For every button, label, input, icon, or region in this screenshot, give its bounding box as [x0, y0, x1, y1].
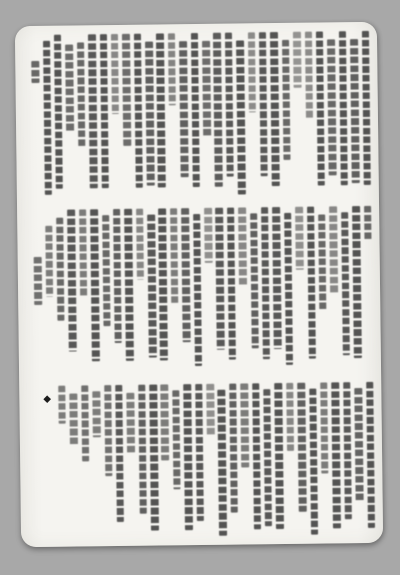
text-column	[111, 34, 120, 194]
text-band-3	[31, 382, 375, 538]
text-column	[104, 385, 113, 537]
text-column-ink	[104, 385, 113, 476]
text-column	[191, 33, 200, 193]
text-column	[138, 385, 147, 537]
text-column	[79, 209, 88, 367]
text-column	[316, 31, 325, 191]
text-column-ink	[149, 385, 158, 531]
text-column-ink	[218, 390, 227, 536]
text-column	[332, 382, 341, 534]
text-column-ink	[127, 392, 135, 453]
text-column-ink	[238, 207, 246, 286]
text-column-ink	[161, 384, 169, 460]
text-column	[43, 35, 52, 195]
text-column-ink	[195, 384, 204, 521]
text-column	[341, 206, 350, 364]
text-column-ink	[99, 34, 108, 188]
text-column	[213, 33, 222, 193]
text-column-ink	[309, 389, 318, 535]
text-column	[193, 208, 202, 366]
text-column	[229, 384, 238, 536]
text-column	[159, 208, 168, 366]
text-column	[297, 383, 306, 535]
text-column	[115, 385, 124, 537]
text-column-ink	[261, 207, 270, 359]
text-column	[309, 383, 318, 535]
text-column-ink	[320, 382, 329, 473]
text-column	[170, 208, 179, 366]
text-column-ink	[275, 383, 284, 529]
text-column-ink	[307, 207, 316, 359]
text-column-ink	[227, 208, 236, 360]
text-column-ink	[168, 33, 176, 105]
text-column	[248, 32, 257, 192]
text-column-ink	[88, 34, 97, 188]
text-column-ink	[215, 208, 224, 350]
text-column	[102, 209, 111, 367]
text-column-ink	[193, 214, 202, 366]
text-column	[352, 206, 361, 364]
text-column	[261, 207, 270, 365]
text-column	[31, 35, 40, 195]
text-column	[92, 385, 101, 537]
text-column	[47, 386, 56, 538]
text-column	[161, 384, 170, 536]
text-column	[124, 209, 133, 367]
text-column-ink	[81, 385, 89, 461]
text-column	[56, 210, 65, 368]
text-column	[263, 383, 272, 535]
text-column-ink	[181, 208, 190, 342]
text-column-ink	[297, 383, 306, 512]
text-column	[218, 384, 227, 536]
text-column	[88, 34, 97, 194]
text-column-ink	[67, 210, 76, 352]
text-column	[270, 32, 279, 192]
text-column	[286, 383, 295, 535]
text-column	[343, 382, 352, 534]
text-column	[136, 209, 145, 367]
text-column-ink	[259, 32, 268, 176]
text-column	[134, 34, 143, 194]
text-column-ink	[102, 215, 111, 326]
text-column	[70, 385, 79, 537]
text-column-ink	[343, 382, 352, 519]
text-column-ink	[56, 218, 65, 321]
text-column-ink	[327, 39, 336, 175]
text-column	[45, 210, 54, 368]
text-column-ink	[332, 382, 341, 528]
text-column-ink	[31, 61, 39, 83]
text-column-ink	[124, 209, 133, 361]
text-column-ink	[183, 384, 192, 530]
text-column	[81, 385, 90, 537]
text-column	[202, 33, 211, 193]
text-column	[183, 384, 192, 536]
text-column-ink	[282, 40, 291, 160]
text-column	[364, 206, 373, 364]
text-column	[259, 32, 268, 192]
text-column-ink	[206, 384, 214, 437]
text-column	[204, 208, 213, 366]
text-column	[35, 386, 44, 538]
text-column-ink	[240, 383, 249, 467]
text-column	[284, 207, 293, 365]
text-band-2	[29, 206, 373, 368]
text-column-ink	[65, 44, 74, 132]
text-column	[145, 34, 154, 194]
text-column	[295, 207, 304, 365]
text-column-ink	[366, 382, 375, 528]
text-column-ink	[236, 40, 245, 194]
text-column	[329, 206, 338, 364]
text-column-ink	[263, 389, 272, 526]
text-column	[252, 383, 261, 535]
text-column	[195, 384, 204, 536]
text-column-ink	[156, 33, 165, 187]
text-column-ink	[111, 34, 119, 114]
text-column	[354, 382, 363, 534]
text-column	[127, 385, 136, 537]
text-column-ink	[295, 207, 303, 270]
text-column-ink	[225, 33, 234, 177]
text-column-ink	[316, 31, 325, 185]
text-column	[339, 31, 348, 191]
text-column	[33, 210, 42, 368]
text-column	[307, 207, 316, 365]
text-band-1	[27, 31, 371, 195]
text-column-ink	[58, 386, 66, 424]
text-column	[293, 32, 302, 192]
text-column	[67, 210, 76, 368]
text-column-ink	[136, 209, 144, 280]
text-column-ink	[270, 32, 279, 186]
text-column-ink	[45, 226, 53, 297]
text-column	[215, 208, 224, 366]
text-column	[250, 207, 259, 365]
text-column-ink	[202, 41, 211, 137]
text-column-ink	[329, 206, 338, 293]
text-column-ink	[284, 213, 293, 365]
text-column	[240, 383, 249, 535]
text-column-ink	[304, 32, 313, 120]
text-column	[113, 209, 122, 367]
text-column	[327, 31, 336, 191]
text-column-ink	[248, 32, 256, 112]
text-column	[172, 384, 181, 536]
text-column-ink	[213, 33, 222, 187]
text-column	[318, 206, 327, 364]
text-column	[54, 35, 63, 195]
text-column-ink	[115, 385, 124, 522]
text-column	[149, 385, 158, 537]
text-column	[225, 33, 234, 193]
scanned-page: ◆ Low-resolution scan of a printed Japan…	[15, 22, 383, 547]
text-column-ink	[229, 384, 238, 513]
text-column-ink	[172, 390, 181, 489]
text-column	[99, 34, 108, 194]
text-column	[227, 208, 236, 366]
text-column-ink	[339, 31, 348, 185]
text-column-ink	[318, 214, 327, 309]
text-column	[282, 32, 291, 192]
text-column	[147, 209, 156, 367]
text-column-ink	[147, 215, 156, 357]
text-column-ink	[204, 208, 212, 263]
text-column-ink	[122, 34, 131, 146]
text-column	[361, 31, 370, 191]
text-column-ink	[250, 214, 259, 348]
text-column-ink	[350, 39, 359, 183]
text-column-ink	[286, 383, 294, 451]
text-column-ink	[77, 42, 86, 146]
text-column-ink	[272, 207, 281, 349]
text-column-ink	[92, 391, 100, 437]
text-column	[156, 33, 165, 193]
text-column	[350, 31, 359, 191]
text-column	[236, 32, 245, 192]
text-column	[77, 34, 86, 194]
text-column	[304, 32, 313, 192]
text-column-ink	[354, 388, 363, 502]
text-column-ink	[191, 33, 200, 187]
text-column-ink	[179, 41, 188, 177]
text-column-ink	[352, 206, 361, 358]
text-column-ink	[159, 208, 168, 360]
text-column	[58, 386, 67, 538]
text-column-ink	[361, 31, 370, 185]
text-column-ink	[113, 209, 122, 343]
text-column-ink	[54, 35, 63, 189]
text-column	[272, 207, 281, 365]
text-column	[206, 384, 215, 536]
text-column-ink	[293, 32, 301, 88]
text-column	[179, 33, 188, 193]
text-column-ink	[79, 209, 88, 296]
text-column-ink	[90, 209, 99, 361]
section-divider-diamond: ◆	[43, 395, 51, 405]
text-column	[168, 33, 177, 193]
text-column-ink	[138, 385, 147, 514]
text-column-ink	[364, 206, 372, 241]
text-column-ink	[145, 42, 154, 186]
text-column	[238, 207, 247, 365]
text-column	[275, 383, 284, 535]
text-column	[320, 382, 329, 534]
text-column	[122, 34, 131, 194]
text-column-ink	[70, 393, 78, 446]
text-column-ink	[252, 383, 261, 529]
text-column	[65, 35, 74, 195]
text-column-ink	[170, 208, 179, 303]
text-column-ink	[341, 212, 350, 354]
text-column-ink	[34, 257, 42, 304]
text-column	[181, 208, 190, 366]
text-column-ink	[43, 41, 52, 195]
text-column-ink	[134, 34, 143, 188]
text-column	[90, 209, 99, 367]
scan-background: ◆ Low-resolution scan of a printed Japan…	[0, 0, 400, 575]
text-column	[366, 382, 375, 534]
